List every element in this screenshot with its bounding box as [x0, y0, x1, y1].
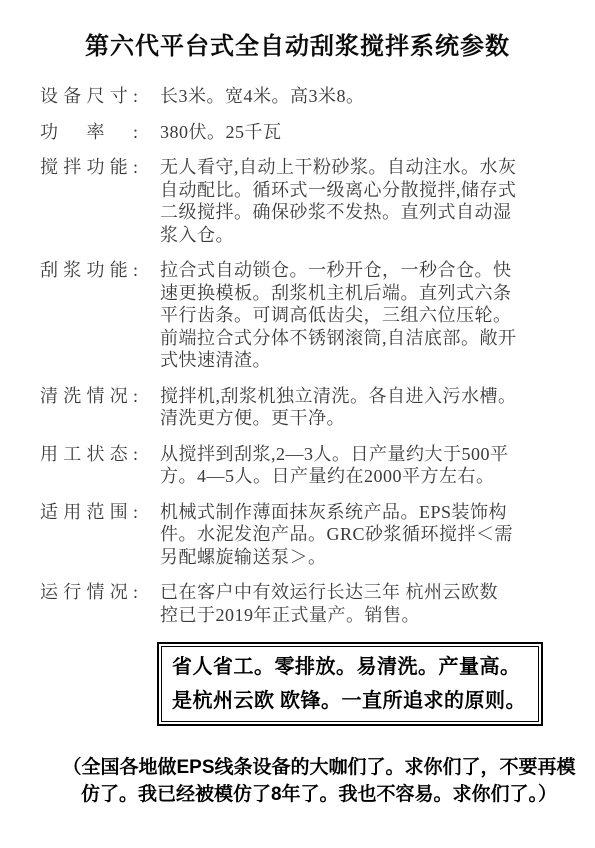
spec-row-device-size: 设备尺寸: 长3米。宽4米。高3米8。 — [40, 85, 555, 108]
spec-value: 拉合式自动锁仓。一秒开仓，一秒合仓。快 速更换模板。刮浆机主机后端。直列式六条 … — [160, 259, 555, 372]
highlight-line-2: 是杭州云欧 欧锋。一直所追求的原则。 — [172, 684, 528, 718]
footer-note: （全国各地做EPS线条设备的大咖们了。求你们了，不要再模 仿了。我已经被模仿了8… — [58, 754, 580, 808]
spec-row-power: 功率: 380伏。25千瓦 — [40, 121, 555, 144]
document-page: 第六代平台式全自动刮浆搅拌系统参数 设备尺寸: 长3米。宽4米。高3米8。 功率… — [0, 0, 595, 848]
spec-row-mixing-function: 搅拌功能: 无人看守,自动上干粉砂浆。自动注水。水灰 自动配比。循环式一级离心分… — [40, 156, 555, 246]
page-title: 第六代平台式全自动刮浆搅拌系统参数 — [0, 26, 595, 61]
spec-label: 功率: — [40, 121, 138, 143]
footer-line-2: 仿了。我已经被模仿了8年了。我也不容易。求你们了。） — [58, 781, 580, 808]
spec-label: 刮浆功能: — [40, 259, 138, 281]
spec-value: 机械式制作薄面抹灰系统产品。EPS装饰构 件。水泥发泡产品。GRC砂浆循环搅拌＜… — [160, 501, 555, 569]
spec-value: 搅拌机,刮浆机独立清洗。各自进入污水槽。 清洗更方便。更干净。 — [160, 385, 555, 430]
spec-value: 从搅拌到刮浆,2—3人。日产量约大于500平 方。4—5人。日产量约在2000平… — [160, 443, 555, 488]
spec-list: 设备尺寸: 长3米。宽4米。高3米8。 功率: 380伏。25千瓦 搅拌功能: … — [40, 85, 555, 626]
spec-label: 运行情况: — [40, 581, 138, 603]
highlight-box: 省人省工。零排放。易清洗。产量高。 是杭州云欧 欧锋。一直所追求的原则。 — [157, 642, 543, 726]
spec-value: 已在客户中有效运行长达三年 杭州云欧数 控已于2019年正式量产。销售。 — [160, 581, 555, 626]
spec-label: 适用范围: — [40, 501, 138, 523]
spec-row-operation-status: 运行情况: 已在客户中有效运行长达三年 杭州云欧数 控已于2019年正式量产。销… — [40, 581, 555, 626]
spec-row-labor: 用工状态: 从搅拌到刮浆,2—3人。日产量约大于500平 方。4—5人。日产量约… — [40, 443, 555, 488]
spec-label: 清洗情况: — [40, 385, 138, 407]
spec-value: 长3米。宽4米。高3米8。 — [160, 85, 555, 108]
footer-line-1: （全国各地做EPS线条设备的大咖们了。求你们了，不要再模 — [58, 754, 580, 781]
spec-label: 设备尺寸: — [40, 85, 138, 107]
spec-row-scraping-function: 刮浆功能: 拉合式自动锁仓。一秒开仓，一秒合仓。快 速更换模板。刮浆机主机后端。… — [40, 259, 555, 372]
spec-label: 用工状态: — [40, 443, 138, 465]
spec-value: 无人看守,自动上干粉砂浆。自动注水。水灰 自动配比。循环式一级离心分散搅拌,储存… — [160, 156, 555, 246]
highlight-line-1: 省人省工。零排放。易清洗。产量高。 — [172, 650, 528, 684]
spec-value: 380伏。25千瓦 — [160, 121, 555, 144]
spec-label: 搅拌功能: — [40, 156, 138, 178]
spec-row-cleaning: 清洗情况: 搅拌机,刮浆机独立清洗。各自进入污水槽。 清洗更方便。更干净。 — [40, 385, 555, 430]
highlight-box-inner: 省人省工。零排放。易清洗。产量高。 是杭州云欧 欧锋。一直所追求的原则。 — [161, 646, 539, 722]
spec-row-application-scope: 适用范围: 机械式制作薄面抹灰系统产品。EPS装饰构 件。水泥发泡产品。GRC砂… — [40, 501, 555, 569]
